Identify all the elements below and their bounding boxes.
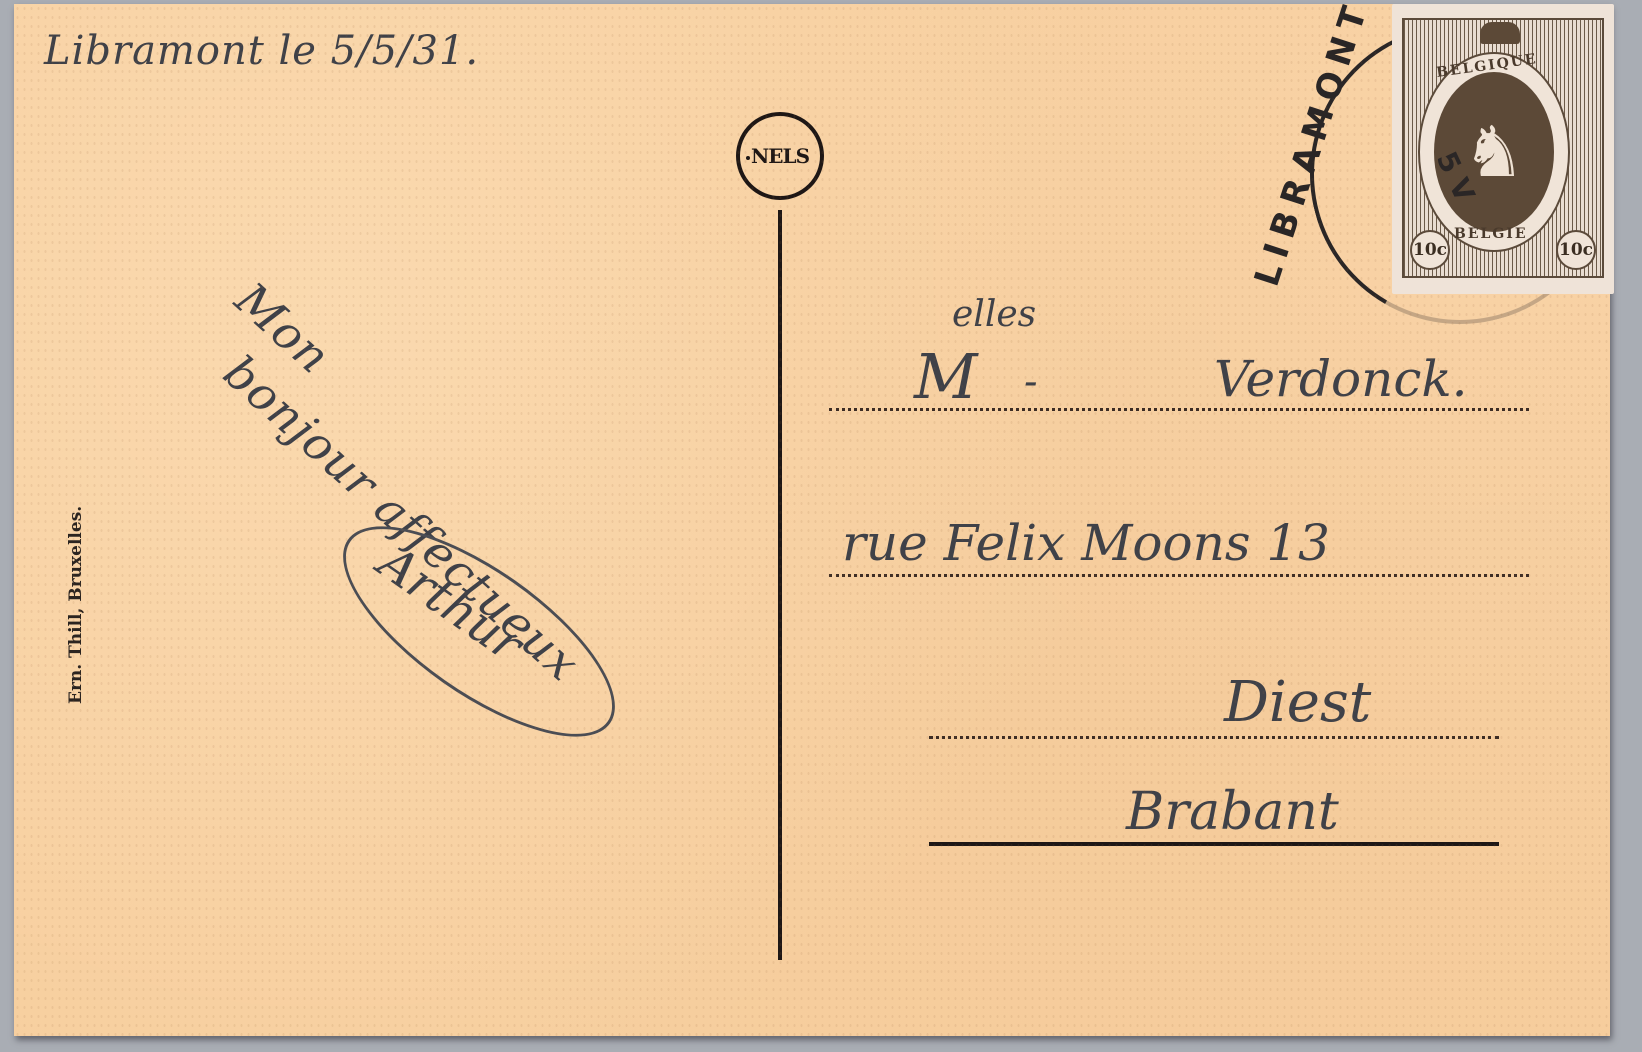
stamp-value-left: 10c: [1410, 230, 1450, 270]
salutation-dash: -: [1024, 359, 1038, 405]
place-date-handwriting: Libramont le 5/5/31.: [44, 28, 479, 74]
address-line-2: [829, 574, 1529, 577]
center-divider-line: [778, 210, 782, 960]
salutation-superscript: elles: [952, 294, 1036, 335]
publisher-imprint: Ern. Thill, Bruxelles.: [66, 506, 86, 704]
postcard-back: Libramont le 5/5/31. Mon bonjour affectu…: [14, 4, 1610, 1036]
logo-dot-left: [746, 156, 750, 160]
address-line-4: [929, 842, 1499, 846]
logo-letters: NELS: [751, 144, 809, 168]
address-line-3: [929, 736, 1499, 739]
province: Brabant: [1126, 782, 1339, 842]
stamp-country-bottom: BELGIE: [1454, 226, 1528, 242]
postage-stamp: ♞ BELGIQUE BELGIE 10c 10c: [1392, 4, 1614, 294]
nels-monogram-icon: NELS: [736, 112, 824, 200]
address-line-1: [829, 408, 1529, 411]
salutation: M: [914, 340, 977, 413]
street-address: rue Felix Moons 13: [842, 514, 1330, 572]
stamp-value-right: 10c: [1556, 230, 1596, 270]
city: Diest: [1224, 670, 1371, 735]
stamp-oval-frame: ♞: [1418, 52, 1570, 252]
crown-icon: [1480, 22, 1520, 44]
recipient-name: Verdonck.: [1214, 350, 1468, 408]
